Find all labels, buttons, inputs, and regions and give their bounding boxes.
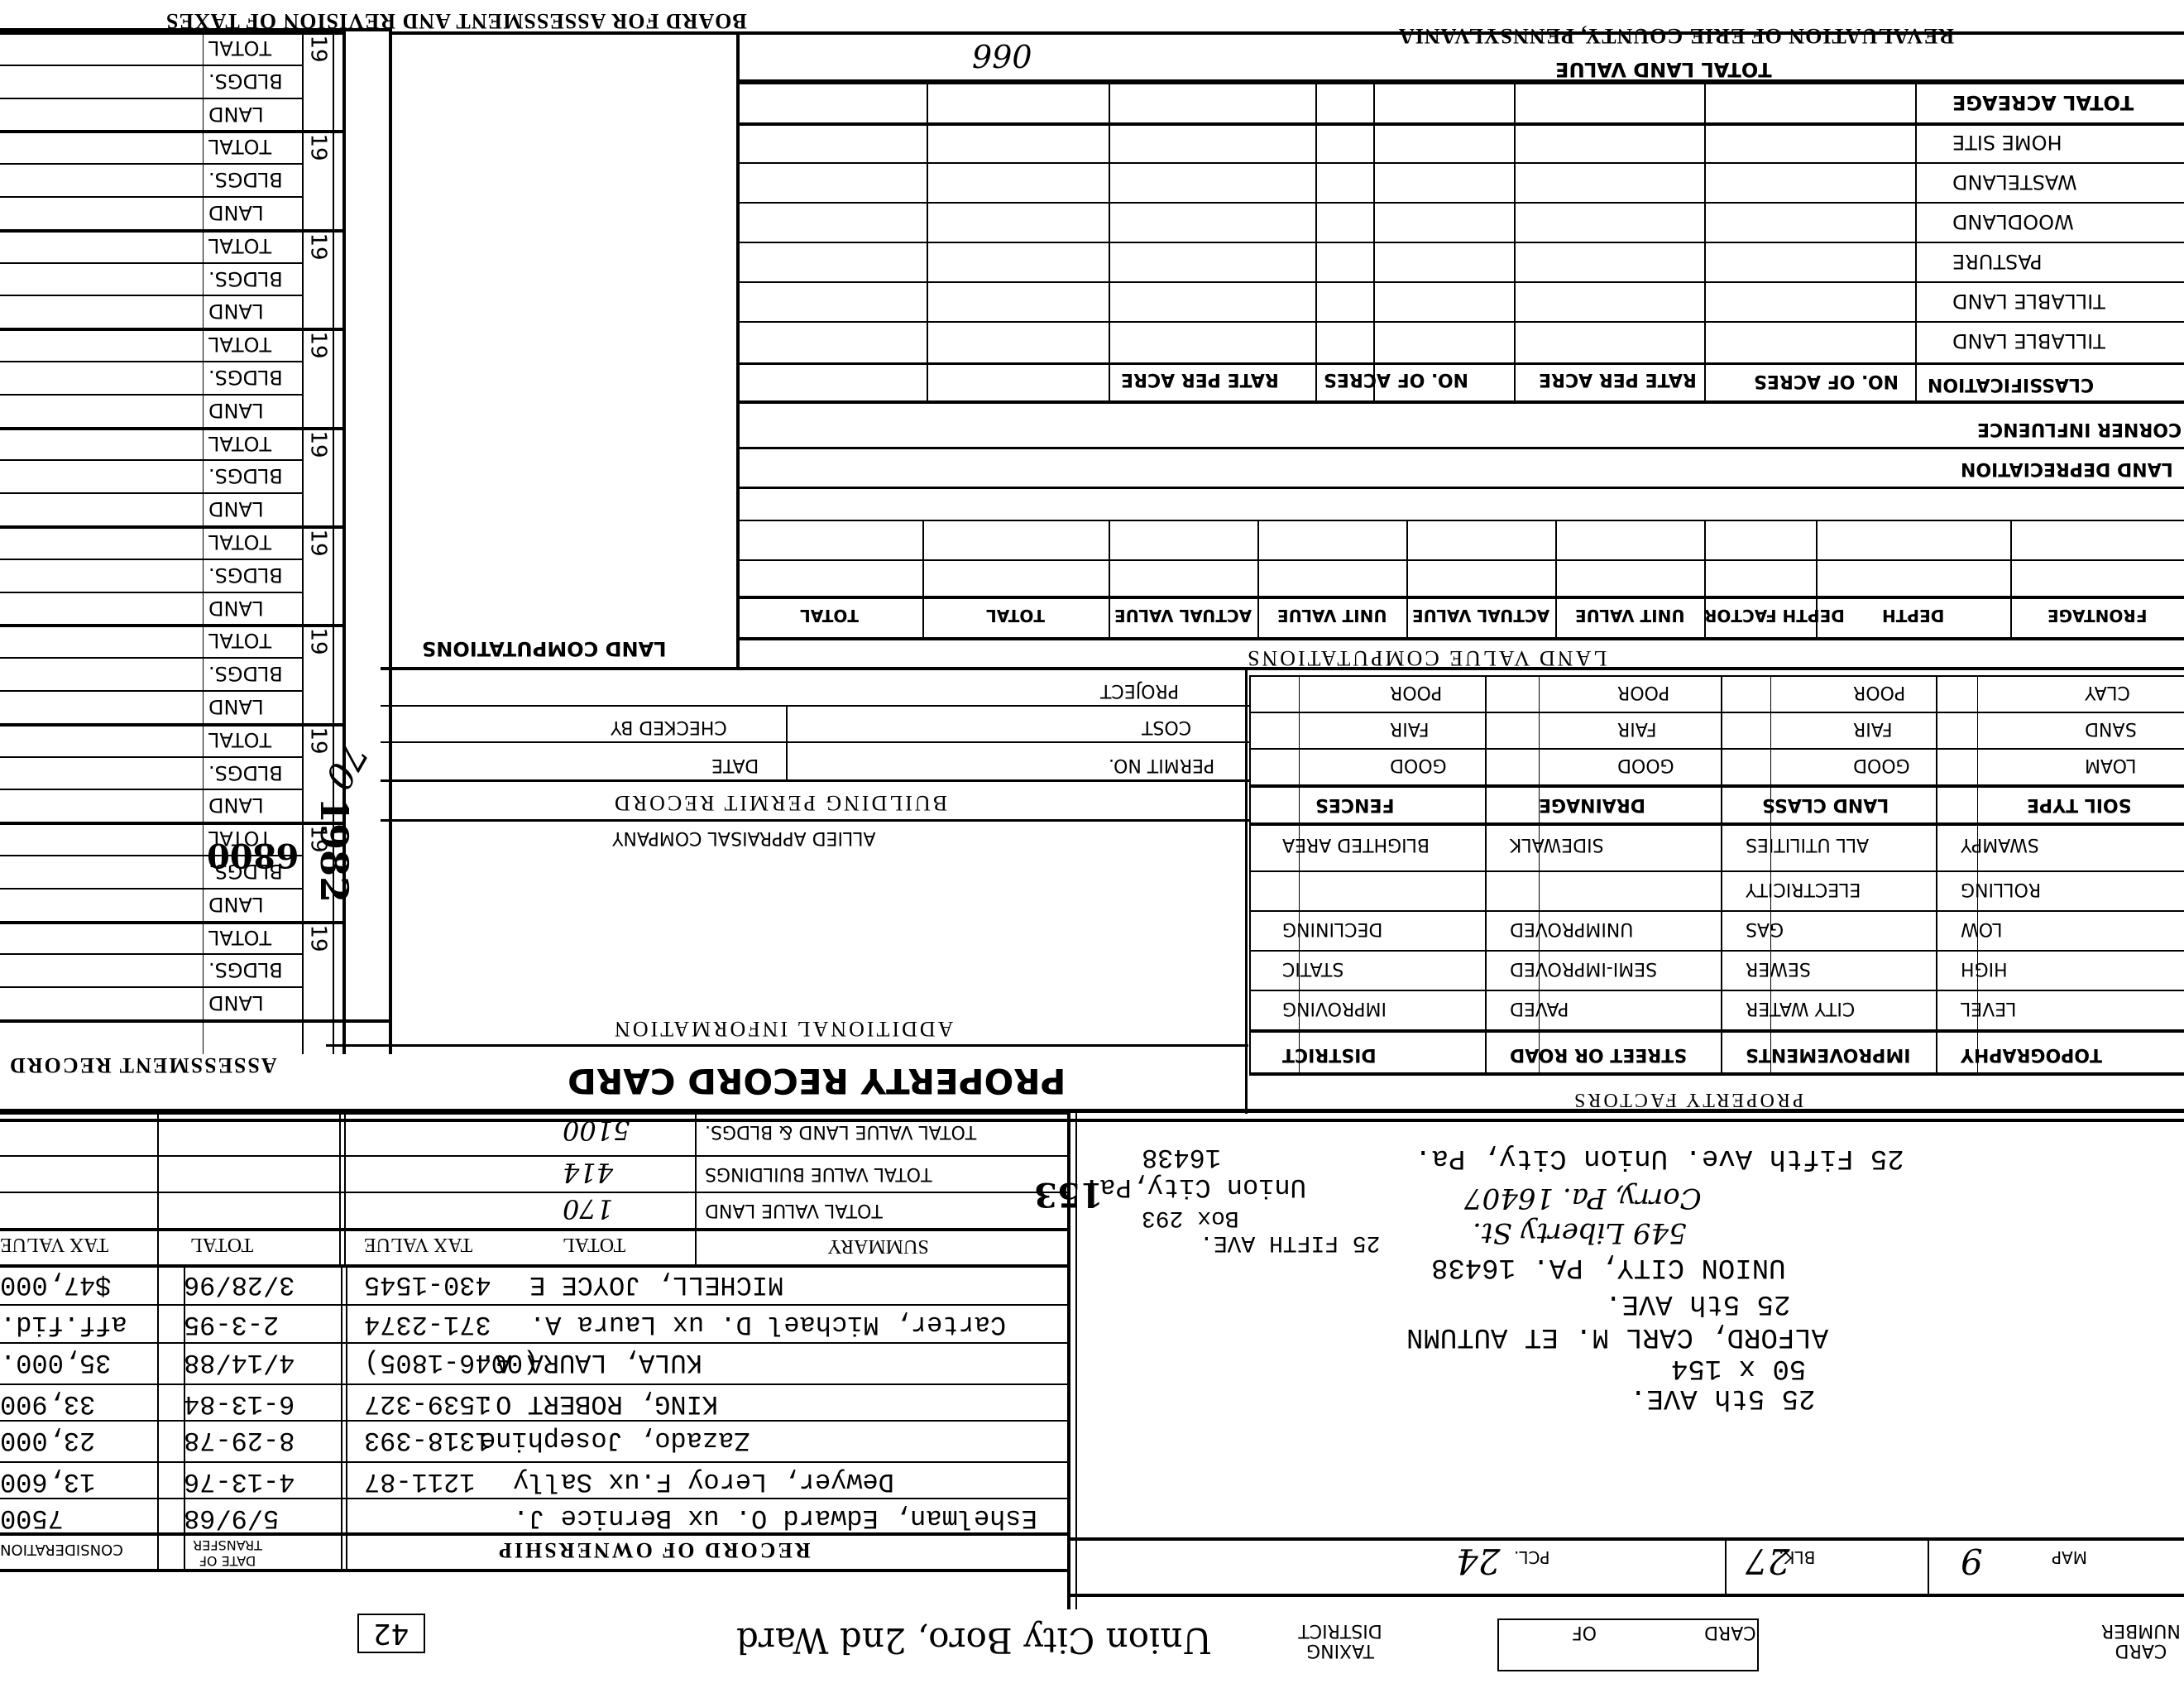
land-value-column-header: DEPTH FACTOR — [1704, 606, 1816, 626]
assessment-row-label: TOTAL — [208, 333, 271, 356]
grade-option: POOR — [1617, 682, 1669, 703]
assessment-row-label: BLDGS. — [208, 267, 283, 290]
assessment-row-label: TOTAL — [208, 432, 271, 455]
address-line: 25 5th AVE. — [1630, 1382, 1815, 1413]
summary-row-total: 170 — [563, 1193, 613, 1225]
factor-option: STATIC — [1282, 958, 1343, 979]
ownership-consideration: 35,000. — [0, 1347, 153, 1378]
ownership-name: Zazado, Josephine — [480, 1425, 750, 1455]
classification-row: TOTAL ACREAGE — [1952, 91, 2134, 114]
assessment-row-label: BLDGS. — [208, 563, 283, 587]
classification-row: TILLABLE LAND — [1952, 329, 2105, 352]
factor-option: DECLINING — [1282, 918, 1382, 939]
permit-date-label: DATE — [711, 755, 759, 775]
current-street: 25 FIFTH AVE. — [1200, 1230, 1380, 1255]
grade-option: GOOD — [1617, 755, 1674, 775]
ownership-name: Carter, Michael D. ux Laura A. — [529, 1309, 1006, 1340]
ownership-deed-ref: 1211-87 — [364, 1466, 475, 1497]
card-number-label: CARD NUMBER — [2101, 1620, 2176, 1660]
assessment-row-label: LAND — [208, 103, 264, 126]
total-land-value-label: TOTAL LAND VALUE — [1555, 58, 1772, 81]
ownership-date: 6-13-84 — [184, 1388, 295, 1419]
factor-option: ROLLING — [1961, 879, 2041, 899]
ownership-deed-ref: 1539-327 — [364, 1388, 491, 1419]
ownership-date: 5/9/68 — [184, 1503, 279, 1533]
of-label: OF — [1572, 1622, 1597, 1642]
assessment-row-label: TOTAL — [208, 926, 271, 949]
assessment-year-prefix: 19 — [304, 36, 332, 61]
summary-col-total: TOTAL — [563, 1233, 625, 1255]
assessment-row-label: LAND — [208, 300, 264, 323]
assessment-row-label: BLDGS. — [208, 958, 283, 981]
land-depreciation-label: LAND DEPRECIATION — [1961, 458, 2173, 479]
property-record-card-title: PROPERTY RECORD CARD — [568, 1061, 1066, 1101]
card-label: CARD — [1704, 1622, 1756, 1642]
land-value-column-header: DEPTH — [1816, 606, 2010, 626]
factor-option: CITY WATER — [1746, 998, 1855, 1019]
soil-header: FENCES — [1315, 794, 1395, 815]
assessment-year-prefix: 19 — [304, 432, 332, 457]
classification-row: TILLABLE LAND — [1952, 290, 2105, 313]
permit-checked-by-label: CHECKED BY — [611, 717, 727, 737]
assessment-row-label: LAND — [208, 597, 264, 620]
ownership-consideration: 13,600 — [0, 1466, 153, 1497]
ownership-name: Dewyer, Leroy F.ux Sally — [513, 1466, 894, 1497]
assessment-row-label: BLDGS. — [208, 70, 283, 93]
rate-per-acre-header-2: RATE PER ACRE — [1121, 369, 1279, 390]
ownership-consideration: 23,000 — [0, 1425, 153, 1455]
ownership-consideration: aff.fid. — [0, 1309, 153, 1340]
classification-row: WOODLAND — [1952, 210, 2074, 233]
total-land-value-handwritten: 066 — [972, 37, 1032, 74]
factor-option: HIGH — [1961, 958, 2008, 979]
ownership-date: 4/14/88 — [184, 1347, 295, 1378]
assessment-record-title: ASSESSMENT RECORD — [8, 1053, 277, 1077]
ownership-deed-ref: 1318-393 — [364, 1425, 491, 1455]
assessment-row-label: LAND — [208, 399, 264, 422]
factor-option: SEMI-IMPROVED — [1510, 958, 1657, 979]
land-value-column-header: UNIT VALUE — [1555, 606, 1704, 626]
land-value-column-header: FRONTAGE — [2010, 606, 2184, 626]
assessment-row-label: TOTAL — [208, 629, 271, 652]
ownership-consideration: 33,900 — [0, 1388, 153, 1419]
factor-option: LEVEL — [1961, 998, 2016, 1019]
pcl-value: 24 — [1456, 1541, 1500, 1581]
current-city: Union City,Pa. — [1084, 1172, 1306, 1202]
ownership-deed-ref: 371-2374 — [364, 1309, 491, 1340]
assessment-row-label: BLDGS. — [208, 464, 283, 487]
summary-row-label: TOTAL VALUE LAND — [705, 1200, 883, 1220]
ownership-col-consideration: CONSIDERATION — [0, 1541, 123, 1558]
land-value-column-header: ACTUAL VALUE — [1406, 606, 1555, 626]
summary-col-total-2: TOTAL — [190, 1233, 253, 1255]
factor-option: ALL UTILITIES — [1746, 834, 1869, 855]
grade-option: FAIR — [1617, 718, 1656, 739]
current-zip: 16438 — [1142, 1142, 1221, 1172]
summary-header: SUMMARY — [827, 1235, 929, 1257]
address-line-struck: 25 5th AVE. — [1605, 1288, 1790, 1319]
corner-influence-label: CORNER INFLUENCE — [1977, 419, 2182, 439]
current-box: Box 293 — [1142, 1205, 1239, 1230]
factor-option: UNIMPROVED — [1510, 918, 1633, 939]
address-line-handwritten: Corry, Pa. 16407 — [1464, 1182, 1702, 1215]
grade-option: POOR — [1853, 682, 1905, 703]
map-value: 9 — [1961, 1541, 1983, 1581]
assessment-row-label: TOTAL — [208, 234, 271, 257]
no-of-acres-header-2: NO. OF ACRES — [1324, 369, 1468, 390]
permit-project-label: PROJECT — [1100, 680, 1179, 701]
summary-col-tax-value: TAX VALUE — [364, 1233, 472, 1255]
grade-option: FAIR — [1853, 718, 1892, 739]
rate-per-acre-header-1: RATE PER ACRE — [1539, 369, 1697, 390]
blk-value: 27 — [1746, 1541, 1789, 1581]
soil-header: SOIL TYPE — [2027, 794, 2132, 815]
pcl-label: PCL. — [1514, 1547, 1550, 1567]
factor-option: LOW — [1961, 918, 2003, 939]
classification-row: PASTURE — [1952, 250, 2043, 273]
map-label: MAP — [2052, 1547, 2087, 1567]
assessment-year-prefix: 19 — [304, 530, 332, 555]
summary-col-tax-value-2: TAX VALUE — [0, 1233, 108, 1255]
factor-option: SIDEWALK — [1510, 834, 1604, 855]
land-value-column-header: TOTAL — [922, 606, 1109, 626]
classification-row: HOME SITE — [1952, 131, 2062, 154]
summary-row-total: 414 — [563, 1157, 613, 1188]
factor-option: BLIGHTED AREA — [1282, 834, 1430, 855]
assessment-row-label: LAND — [208, 794, 264, 817]
assessment-row-label: BLDGS. — [208, 168, 283, 191]
ownership-title: RECORD OF OWNERSHIP — [496, 1537, 811, 1562]
soil-header: LAND CLASS — [1762, 794, 1889, 815]
assessment-handwritten-70: 70 — [323, 745, 369, 787]
ownership-name: MICHELL, JOYCE E — [529, 1269, 783, 1300]
ownership-date: 4-13-76 — [184, 1466, 295, 1497]
allied-appraisal-label: ALLIED APPRAISAL COMPANY — [612, 827, 876, 848]
factor-option: ELECTRICITY — [1746, 879, 1861, 899]
assessment-row-label: LAND — [208, 201, 264, 224]
ownership-deed-ref: 430-1545 — [364, 1269, 491, 1300]
land-value-column-header: ACTUAL VALUE — [1109, 606, 1257, 626]
grade-option: GOOD — [1853, 755, 1910, 775]
ownership-date: 8-29-78 — [184, 1425, 295, 1455]
factor-option: SWAMPY — [1961, 834, 2039, 855]
classification-header: CLASSIFICATION — [1928, 374, 2094, 395]
factor-header: DISTRICT — [1282, 1044, 1377, 1065]
summary-row-total: 5100 — [563, 1115, 630, 1146]
permit-cost-label: COST — [1142, 717, 1191, 737]
ownership-col-date: DATE OF TRANSFER — [190, 1537, 265, 1569]
additional-information-title: ADDITIONAL INFORMATION — [612, 1016, 953, 1041]
grade-option: POOR — [1390, 682, 1442, 703]
ownership-date: 2-3-95 — [184, 1309, 279, 1340]
district-code-box: 42 — [357, 1614, 425, 1653]
factor-header: STREET OR ROAD — [1510, 1044, 1687, 1065]
building-permit-title: BUILDING PERMIT RECORD — [612, 790, 947, 815]
assessment-year-prefix: 19 — [304, 135, 332, 160]
ownership-name: KULA, LAURA A. — [480, 1347, 702, 1378]
taxing-district-label: TAXING DISTRICT — [1291, 1620, 1390, 1660]
grade-option: GOOD — [1390, 755, 1447, 775]
assessment-row-label: LAND — [208, 991, 264, 1014]
address-line: 50 x 154 — [1671, 1352, 1806, 1383]
assessment-row-label: LAND — [208, 893, 264, 916]
land-value-column-header: TOTAL — [736, 606, 922, 626]
assessment-year-prefix: 19 — [304, 629, 332, 654]
factor-header: TOPOGRAPHY — [1961, 1044, 2102, 1065]
land-computations-label: LAND COMPUTATIONS — [422, 637, 667, 660]
assessment-row-label: TOTAL — [208, 135, 271, 158]
assessment-row-label: BLDGS. — [208, 366, 283, 389]
assessment-row-label: TOTAL — [208, 36, 271, 60]
factor-option: IMPROVING — [1282, 998, 1387, 1019]
ownership-consideration: 7500 — [0, 1503, 153, 1533]
assessment-year-prefix: 19 — [304, 926, 332, 951]
land-value-column-header: UNIT VALUE — [1257, 606, 1406, 626]
assessment-row-label: TOTAL — [208, 728, 271, 751]
ownership-name: Eshelman, Edward O. ux Bernice J. — [513, 1503, 1037, 1533]
grade-option: FAIR — [1390, 718, 1429, 739]
assessment-row-label: LAND — [208, 497, 264, 520]
factor-option: GAS — [1746, 918, 1784, 939]
assessment-row-label: BLDGS. — [208, 662, 283, 685]
taxing-district-value: Union City Boro, 2nd Ward — [736, 1620, 1212, 1661]
summary-row-label: TOTAL VALUE LAND & BLDGS. — [705, 1121, 976, 1142]
permit-no-label: PERMIT NO. — [1109, 755, 1214, 775]
ownership-name: KING, ROBERT O. — [480, 1388, 718, 1419]
no-of-acres-header-1: NO. OF ACRES — [1754, 371, 1899, 391]
factor-option: SEWER — [1746, 958, 1811, 979]
property-record-card: BOARD FOR ASSESSMENT AND REVISION OF TAX… — [0, 0, 2184, 1688]
soil-type: LOAM — [2085, 755, 2136, 775]
revaluation-header: REVALUATION OF ERIE COUNTY, PENNSYLVANIA — [1398, 23, 1954, 48]
address-line-handwritten: 549 Liberty St. — [1473, 1216, 1687, 1249]
assessment-row-label: TOTAL — [208, 530, 271, 554]
soil-type: CLAY — [2085, 682, 2130, 703]
property-factors-title: PROPERTY FACTORS — [1572, 1088, 1803, 1110]
summary-row-label: TOTAL VALUE BUILDINGS — [705, 1163, 932, 1184]
assessment-handwritten-6800: 6800 — [207, 836, 299, 875]
assessment-row-label: LAND — [208, 695, 264, 718]
assessment-year-prefix: 19 — [304, 333, 332, 357]
assessment-row-label: BLDGS. — [208, 761, 283, 784]
classification-row: WASTELAND — [1952, 170, 2077, 194]
ownership-consideration: $47,000 — [0, 1269, 153, 1300]
address-line-struck: UNION CITY, PA. 16438 — [1431, 1251, 1785, 1283]
soil-header: DRAINAGE — [1539, 794, 1645, 815]
assessment-year-prefix: 19 — [304, 234, 332, 259]
address-line-struck: 25 Fifth Ave. Union City, Pa. — [1415, 1142, 1904, 1173]
ownership-date: 3/28/96 — [184, 1269, 295, 1300]
soil-type: SAND — [2085, 718, 2137, 739]
address-line-struck: ALFORD, CARL M. ET AUTUMN — [1406, 1321, 1828, 1352]
